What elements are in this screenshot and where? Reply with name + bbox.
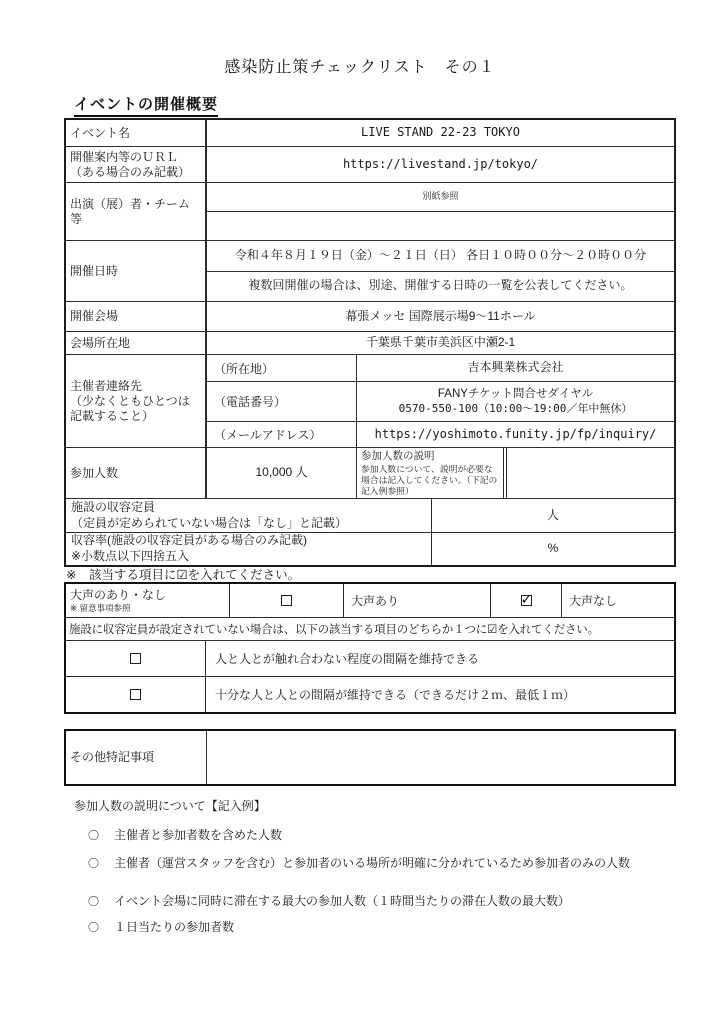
label-performers: 出演（展）者・チーム等 xyxy=(66,183,207,240)
row-organizer-contact: 主催者連絡先 （少なくともひとつは記載すること） （所在地） 吉本興業株式会社 … xyxy=(66,354,674,447)
participants-explanation-title: 参加人数の説明 xyxy=(361,450,499,464)
circle-bullet-icon: 〇 xyxy=(88,893,99,909)
label-organizer-contact: 主催者連絡先 （少なくともひとつは記載すること） xyxy=(66,355,207,447)
document-page: 感染防止策チェックリスト その１ イベントの開催概要 イベント名 LIVE ST… xyxy=(0,0,720,1018)
checklist-table: 大声のあり・なし ※ 留意事項参照 大声あり 大声なし 施設に収容定員が設定され… xyxy=(64,582,676,714)
example-item-3: 〇 イベント会場に同時に滞在する最大の参加人数（１時間当たりの滞在人数の最大数） xyxy=(88,892,570,909)
checkbox-distance-2[interactable] xyxy=(130,689,141,700)
label-venue: 開催会場 xyxy=(66,302,207,331)
contact-row-email: （メールアドレス） https://yoshimoto.funity.jp/fp… xyxy=(207,421,674,447)
doc-title: 感染防止策チェックリスト その１ xyxy=(0,54,720,77)
checkbox-loud-no[interactable] xyxy=(521,595,532,606)
no-capacity-header: 施設に収容定員が設定されていない場合は、以下の該当する項目のどちらか１つに☑を入… xyxy=(66,618,674,640)
row-other-notes: その他特記事項 xyxy=(66,731,674,784)
participants-explanation-input[interactable] xyxy=(507,448,674,498)
label-loudness: 大声のあり・なし ※ 留意事項参照 xyxy=(66,584,230,617)
check-instruction-note: ※ 該当する項目に☑を入れてください。 xyxy=(66,565,300,583)
example-item-1: 〇 主催者と参加者数を含めた人数 xyxy=(88,826,282,843)
circle-bullet-icon: 〇 xyxy=(88,827,99,843)
label-distance-1: 人と人とが触れ合わない程度の間隔を維持できる xyxy=(206,641,479,676)
row-occupancy-rate: 収容率(施設の収容定員がある場合のみ記載) ※小数点以下四捨五入 % xyxy=(66,532,674,565)
label-email: （メールアドレス） xyxy=(207,422,357,447)
example-item-text: 主催者と参加者数を含めた人数 xyxy=(114,826,282,843)
example-item-text: イベント会場に同時に滞在する最大の参加人数（１時間当たりの滞在人数の最大数） xyxy=(114,892,570,909)
row-address: 会場所在地 千葉県千葉市美浜区中瀬2-1 xyxy=(66,331,674,354)
label-location: （所在地） xyxy=(207,355,357,381)
value-performers-note: 別紙参照 xyxy=(207,183,674,211)
label-event-name: イベント名 xyxy=(66,120,207,146)
circle-bullet-icon: 〇 xyxy=(88,919,99,935)
label-capacity: 施設の収容定員 （定員が定められていない場合は「なし」と記載） xyxy=(66,499,432,532)
distance-option-2-cell xyxy=(66,677,206,712)
loudness-no-cell xyxy=(491,584,562,617)
section-heading: イベントの開催概要 xyxy=(74,93,218,117)
value-event-name: LIVE STAND 22-23 TOKYO xyxy=(207,120,674,146)
value-datetime: 令和４年８月１９日（金）～２１日（日） 各日１０時００分～２０時００分 xyxy=(207,241,674,271)
label-phone: （電話番号） xyxy=(207,382,357,421)
checkbox-loud-yes[interactable] xyxy=(281,595,292,606)
participants-explanation: 参加人数の説明 参加人数について、説明が必要な場合は記入してください。（下記の記… xyxy=(357,448,507,498)
examples-heading: 参加人数の説明について【記入例】 xyxy=(74,797,266,814)
value-datetime-note: 複数回開催の場合は、別途、開催する日時の一覧を公表してください。 xyxy=(207,271,674,302)
example-item-text: １日当たりの参加者数 xyxy=(114,918,234,935)
value-capacity[interactable]: 人 xyxy=(432,499,674,532)
other-notes-table: その他特記事項 xyxy=(64,729,676,786)
row-capacity: 施設の収容定員 （定員が定められていない場合は「なし」と記載） 人 xyxy=(66,498,674,532)
example-item-4: 〇 １日当たりの参加者数 xyxy=(88,918,234,935)
row-loudness: 大声のあり・なし ※ 留意事項参照 大声あり 大声なし xyxy=(66,584,674,617)
value-email: https://yoshimoto.funity.jp/fp/inquiry/ xyxy=(357,422,674,447)
label-participants: 参加人数 xyxy=(66,448,207,498)
value-venue: 幕張メッセ 国際展示場9～11ホール xyxy=(207,302,674,331)
value-location: 吉本興業株式会社 xyxy=(357,355,674,381)
row-performers: 出演（展）者・チーム等 別紙参照 xyxy=(66,182,674,240)
row-no-capacity-header: 施設に収容定員が設定されていない場合は、以下の該当する項目のどちらか１つに☑を入… xyxy=(66,617,674,640)
value-address: 千葉県千葉市美浜区中瀬2-1 xyxy=(207,332,674,354)
row-url: 開催案内等のＵＲＬ（ある場合のみ記載） https://livestand.jp… xyxy=(66,146,674,182)
value-url: https://livestand.jp/tokyo/ xyxy=(207,147,674,182)
label-loud-yes: 大声あり xyxy=(344,584,491,617)
value-phone: FANYチケット問合せダイヤル 0570-550-100（10:00～19:00… xyxy=(357,382,674,421)
contact-row-location: （所在地） 吉本興業株式会社 xyxy=(207,355,674,381)
label-url: 開催案内等のＵＲＬ（ある場合のみ記載） xyxy=(66,147,207,182)
value-participants: 10,000 人 xyxy=(207,448,357,498)
circle-bullet-icon: 〇 xyxy=(88,855,99,871)
rate-unit: % xyxy=(548,541,559,557)
participants-explanation-body: 参加人数について、説明が必要な場合は記入してください。（下記の記入例参照） xyxy=(361,464,499,498)
label-other-notes: その他特記事項 xyxy=(66,731,207,784)
label-datetime: 開催日時 xyxy=(66,241,207,301)
contact-row-phone: （電話番号） FANYチケット問合せダイヤル 0570-550-100（10:0… xyxy=(207,381,674,421)
label-occupancy-rate: 収容率(施設の収容定員がある場合のみ記載) ※小数点以下四捨五入 xyxy=(66,533,432,565)
label-distance-2: 十分な人と人との間隔が維持できる（できるだけ２ｍ、最低１ｍ） xyxy=(206,677,575,712)
value-other-notes[interactable] xyxy=(207,731,674,784)
capacity-unit: 人 xyxy=(547,508,559,524)
value-occupancy-rate[interactable]: % xyxy=(432,533,674,565)
label-address: 会場所在地 xyxy=(66,332,207,354)
row-distance-option-2: 十分な人と人との間隔が維持できる（できるだけ２ｍ、最低１ｍ） xyxy=(66,676,674,712)
row-participants: 参加人数 10,000 人 参加人数の説明 参加人数について、説明が必要な場合は… xyxy=(66,447,674,498)
row-event-name: イベント名 LIVE STAND 22-23 TOKYO xyxy=(66,120,674,146)
checkbox-distance-1[interactable] xyxy=(130,653,141,664)
row-datetime: 開催日時 令和４年８月１９日（金）～２１日（日） 各日１０時００分～２０時００分… xyxy=(66,240,674,301)
row-distance-option-1: 人と人とが触れ合わない程度の間隔を維持できる xyxy=(66,640,674,676)
loudness-yes-cell xyxy=(230,584,344,617)
example-item-2: 〇 主催者（運営スタッフを含む）と参加者のいる場所が明確に分かれているため参加者… xyxy=(88,854,630,871)
example-item-text: 主催者（運営スタッフを含む）と参加者のいる場所が明確に分かれているため参加者のみ… xyxy=(114,854,630,871)
row-venue: 開催会場 幕張メッセ 国際展示場9～11ホール xyxy=(66,301,674,331)
distance-option-1-cell xyxy=(66,641,206,676)
label-loud-no: 大声なし xyxy=(562,584,617,617)
value-performers-empty[interactable] xyxy=(207,211,674,240)
overview-table: イベント名 LIVE STAND 22-23 TOKYO 開催案内等のＵＲＬ（あ… xyxy=(64,118,676,567)
